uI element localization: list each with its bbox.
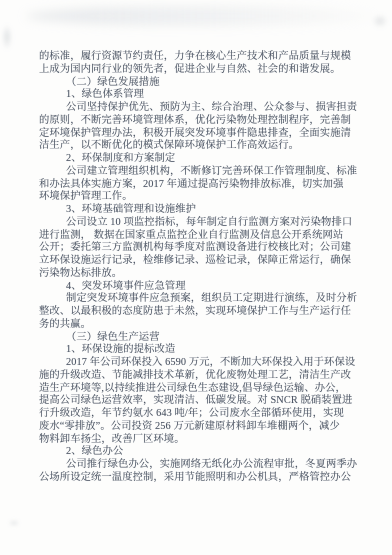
- document-body-text: 的标准，履行资源节约责任，力争在核心生产技术和产品质量与规模上成为国内同行业的领…: [39, 51, 355, 485]
- text-line: （三）绿色生产运营: [39, 332, 355, 345]
- text-line: 制定突发环境事件应急预案，组织员工定期进行演练，及时分析: [39, 293, 355, 306]
- text-line: 施的升级改造、节能减排技术革新，优化废物处理工艺，清洁生产改: [39, 370, 355, 383]
- text-line: 3、环境基础管理和设施维护: [39, 204, 355, 217]
- text-line: 环境保护管理工作。: [39, 191, 355, 204]
- text-line: 整改、以最积极的态度防患于未然，实现环境保护工作与生产运行任: [39, 306, 355, 319]
- text-line: 上成为国内同行业的领先者，促进企业与自然、社会的和谐发展。: [39, 64, 355, 77]
- scan-smudge-artifact: [372, 14, 388, 28]
- text-line: 务的共赢。: [39, 319, 355, 332]
- text-line: 立环保设施运行记录，检维修记录、巡检记录，保障正常运行，确保: [39, 255, 355, 268]
- text-line: 造生产环境等,以持续推进公司绿色生态建设,倡导绿色运输、办公，: [39, 383, 355, 396]
- text-line: 4、突发环境事件应急管理: [39, 281, 355, 294]
- text-line: 进行监测， 数据在国家重点监控企业自行监测及信息公开系统网站: [39, 230, 355, 243]
- text-line: 1、环保设施的提标改造: [39, 344, 355, 357]
- text-line: 的标准，履行资源节约责任，力争在核心生产技术和产品质量与规模: [39, 51, 355, 64]
- scan-smudge-artifact: [8, 519, 20, 527]
- text-line: （二）绿色发展措施: [39, 77, 355, 90]
- text-line: 和办法具体实施方案，2017 年通过提高污染物排放标准，切实加强: [39, 179, 355, 192]
- text-line: 物料卸车扬尘，改善厂区环境。: [39, 434, 355, 447]
- text-line: 污染物达标排放。: [39, 268, 355, 281]
- text-line: 定环境保护管理办法，积极开展突发环境事件隐患排查，全面实施清: [39, 128, 355, 141]
- scan-smudge-artifact: [2, 24, 12, 50]
- text-line: 公司推行绿色办公，实施网络无纸化办公流程审批，冬夏两季办: [39, 459, 355, 472]
- text-line: 2、环保制度和方案制定: [39, 153, 355, 166]
- text-line: 公司坚持保护优先、预防为主、综合治理、公众参与、损害担责: [39, 102, 355, 115]
- text-line: 提高公司绿色运营效率，实现清洁、低碳发展。对 SNCR 脱硝装置进: [39, 395, 355, 408]
- text-line: 1、绿色体系管理: [39, 89, 355, 102]
- scanned-document-page: 的标准，履行资源节约责任，力争在核心生产技术和产品质量与规模上成为国内同行业的领…: [0, 0, 392, 555]
- text-line: 2、绿色办公: [39, 446, 355, 459]
- text-line: 公司建立管理组织机构，不断修订完善环保工作管理制度、标准: [39, 166, 355, 179]
- text-line: 废水“零排放”。公司投资 256 万元新建原材料卸车堆棚两个，减少: [39, 421, 355, 434]
- text-line: 行升级改造，年节约氨水 643 吨/年；公司废水全部循环使用，实现: [39, 408, 355, 421]
- text-line: 公场所设定统一温度控制，采用节能照明和办公机具，严格管控办公: [39, 472, 355, 485]
- text-line: 洁生产，以不断优化的模式保障环境保护工作高效运行。: [39, 140, 355, 153]
- text-line: 2017 年公司环保投入 6590 万元，不断加大环保投入用于环保设: [39, 357, 355, 370]
- text-line: 公开；委托第三方监测机构每季度对监测设备进行校核比对；公司建: [39, 242, 355, 255]
- scan-shadow-artifact: [26, 6, 378, 26]
- text-line: 公司设立 10 项监控指标，每年制定自行监测方案对污染物排口: [39, 217, 355, 230]
- text-line: 的原则，不断完善环境管理体系，优化污染物处理控制程序，完善制: [39, 115, 355, 128]
